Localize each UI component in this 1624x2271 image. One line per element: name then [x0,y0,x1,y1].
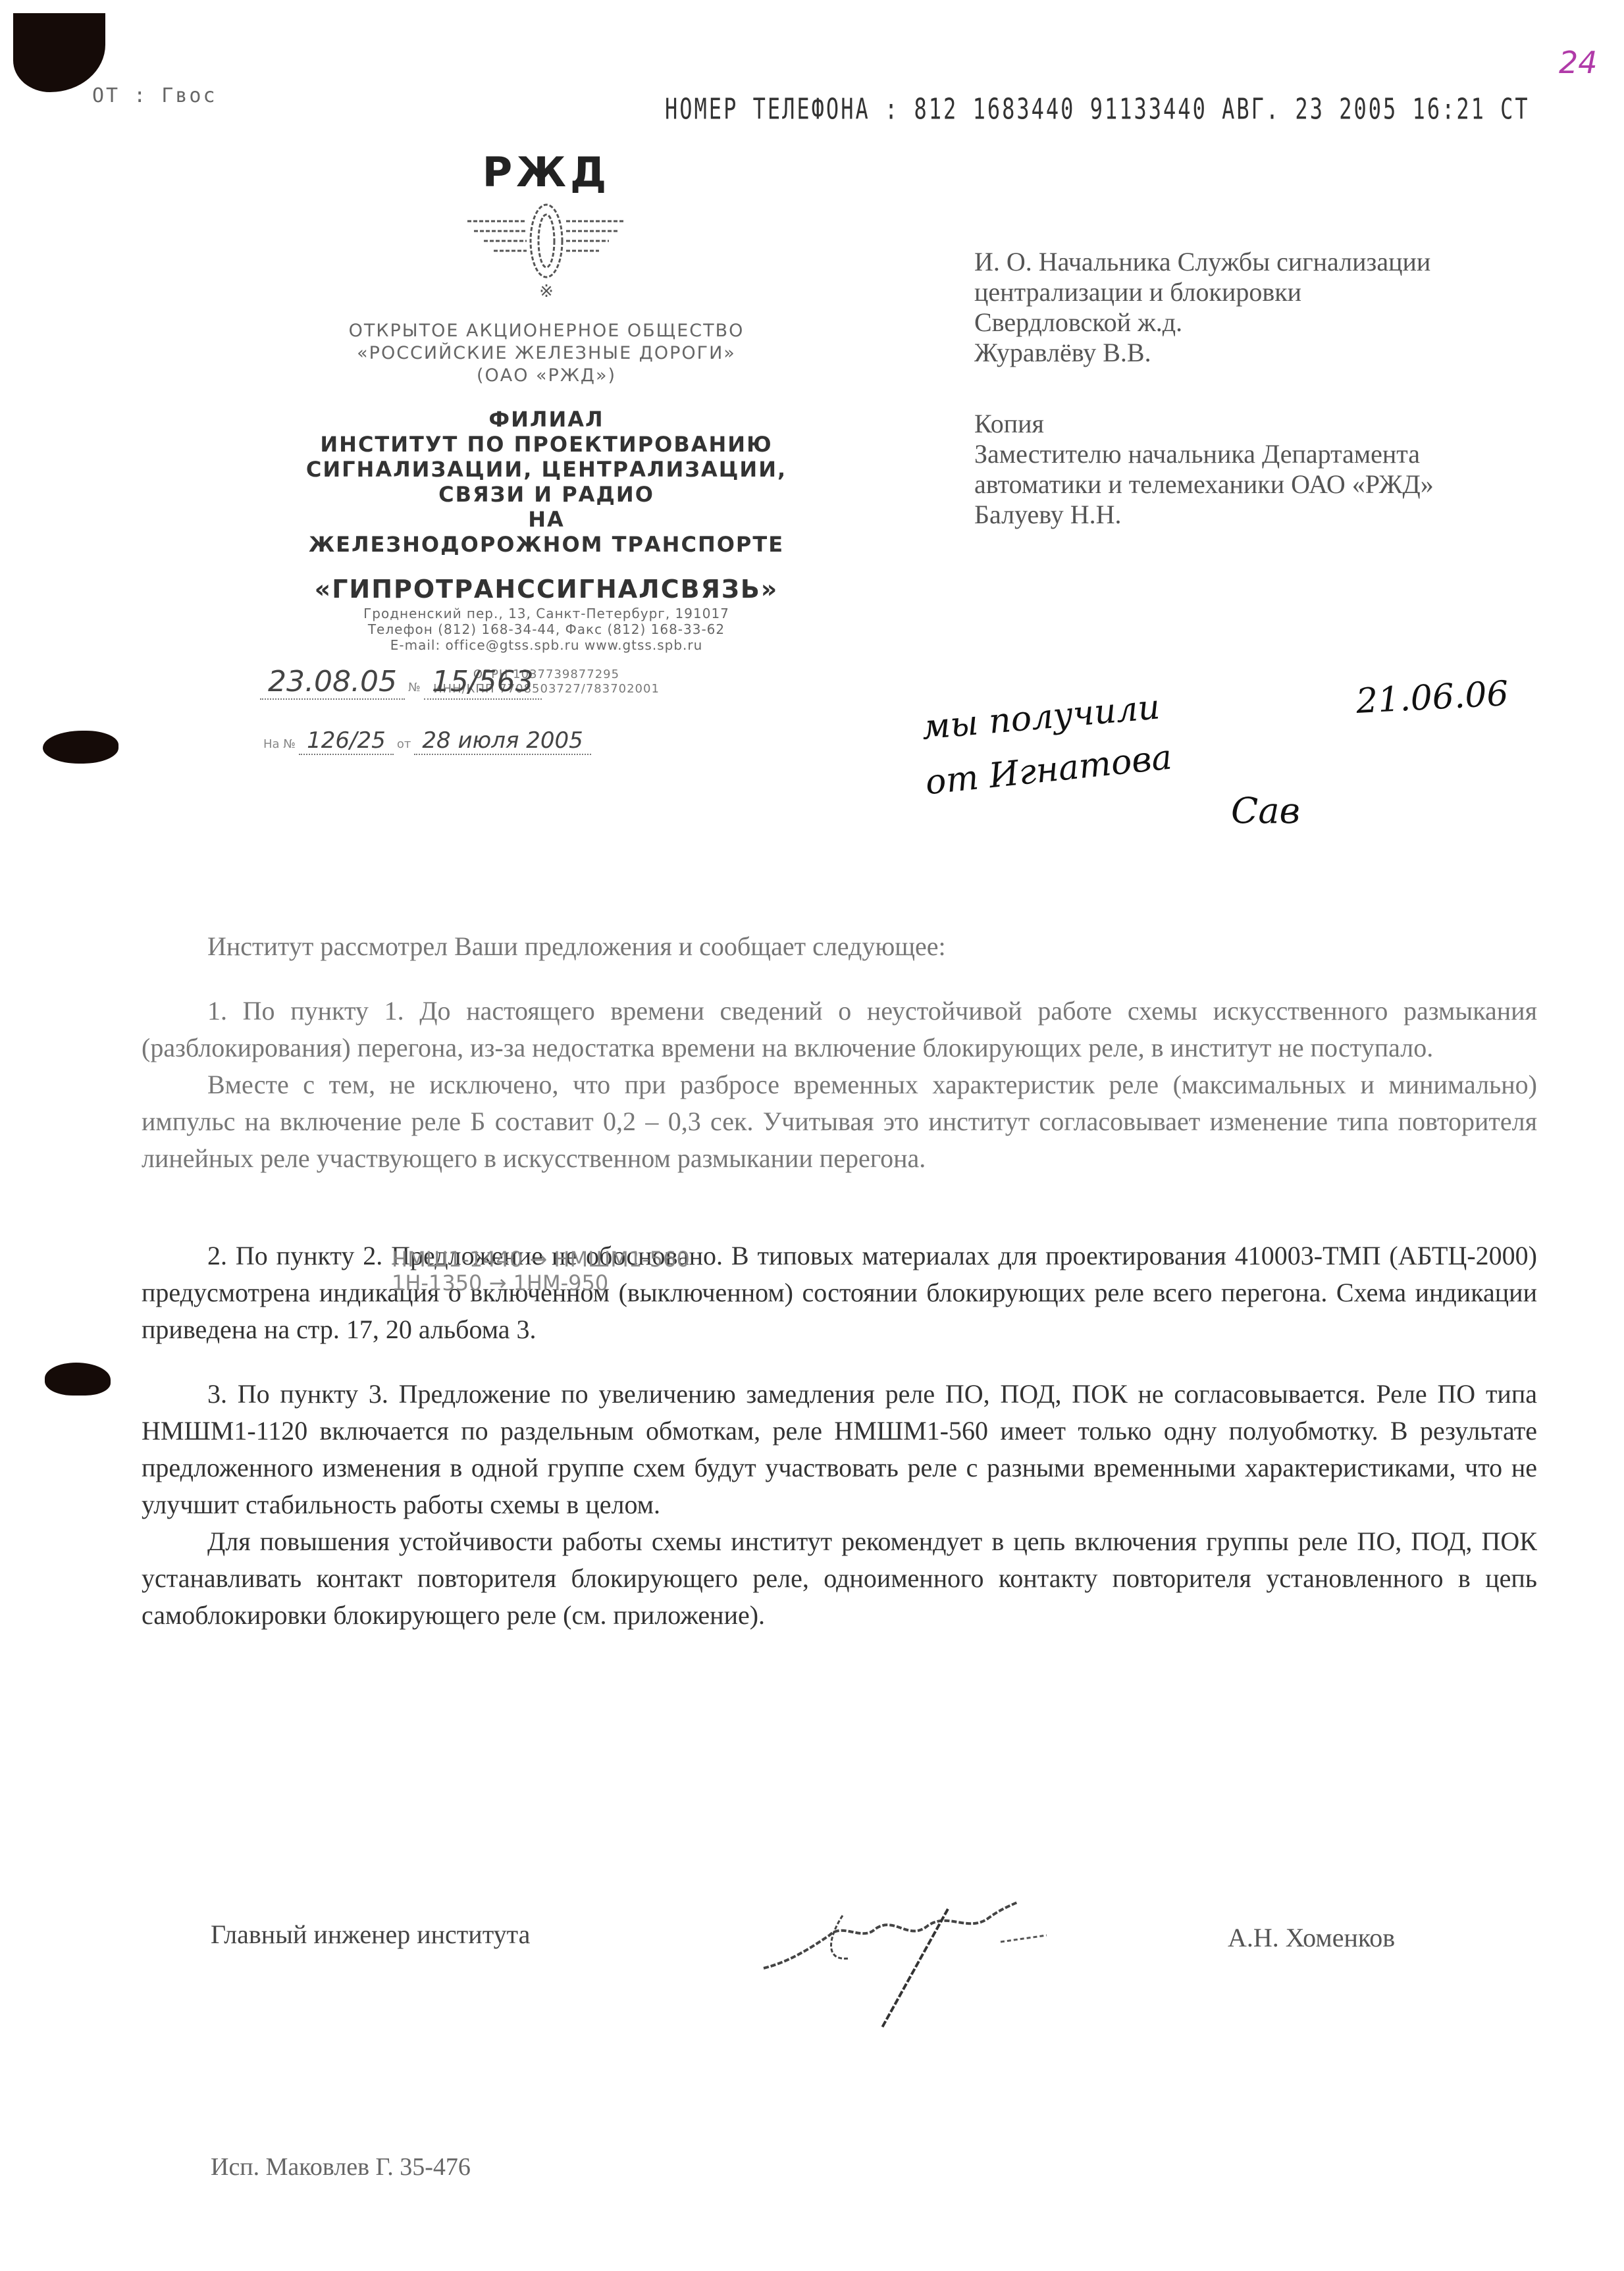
copy-line: Заместителю начальника Департамента [974,439,1567,469]
signatory-role: Главный инженер института [211,1919,530,1950]
institute-name: «ГИПРОТРАНССИГНАЛСВЯЗЬ» [224,577,869,602]
address-line: Гродненский пер., 13, Санкт-Петербург, 1… [224,606,869,621]
winged-wheel-emblem-icon: ※ [461,201,632,300]
branch-line: ФИЛИАЛ [224,407,869,432]
punch-hole-blot [43,731,118,764]
contacts: Гродненский пер., 13, Санкт-Петербург, 1… [224,606,869,653]
received-note-initials: Сав [1231,790,1300,831]
incoming-date: 28 июля 2005 [414,727,590,755]
punch-hole-blot [13,13,105,92]
branch-name: ФИЛИАЛ ИНСТИТУТ ПО ПРОЕКТИРОВАНИЮ СИГНАЛ… [224,407,869,557]
copy-line: автоматики и телемеханики ОАО «РЖД» [974,469,1567,500]
executor-line: Исп. Маковлев Г. 35-476 [211,2153,471,2181]
company-line: (ОАО «РЖД») [224,365,869,387]
incoming-label: На № [263,737,296,751]
signature-scribble [750,1896,1093,2034]
paragraph-1: 1. По пункту 1. До настоящего времени св… [142,993,1537,1066]
intro-paragraph: Институт рассмотрел Ваши предложения и с… [142,928,1537,965]
letter-body: Институт рассмотрел Ваши предложения и с… [142,928,1537,1634]
svg-text:※: ※ [539,282,554,300]
received-note-text: мы получили [920,687,1161,747]
pencil-line: НМШ1-1440 → НМШМ1-560 [392,1247,690,1271]
company-line: ОТКРЫТОЕ АКЦИОНЕРНОЕ ОБЩЕСТВО [224,320,869,342]
branch-line: ЖЕЛЕЗНОДОРОЖНОМ ТРАНСПОРТЕ [224,532,869,557]
paragraph-2: 2. По пункту 2. Предложение не обоснован… [142,1238,1537,1348]
fax-header-line: НОМЕР ТЕЛЕФОНА : 812 1683440 91133440 АВ… [665,92,1530,126]
paragraph-1b: Вместе с тем, не исключено, что при разб… [142,1066,1537,1177]
received-note-date: 21.06.06 [1355,674,1509,721]
paragraph-recommendation: Для повышения устойчивости работы схемы … [142,1523,1537,1634]
incoming-reference: На № 126/25 от 28 июля 2005 [263,727,591,754]
email-line: E-mail: office@gtss.spb.ru www.gtss.spb.… [224,637,869,653]
pencil-line: 1Н-1350 → 1НМ-950 [392,1271,690,1295]
incoming-from-label: от [397,737,411,751]
copy-line: Балуеву Н.Н. [974,500,1567,530]
addressee-block: И. О. Начальника Службы сигнализации цен… [974,247,1567,530]
pencil-annotation: НМШ1-1440 → НМШМ1-560 1Н-1350 → 1НМ-950 [392,1247,690,1295]
phone-line: Телефон (812) 168-34-44, Факс (812) 168-… [224,621,869,637]
punch-hole-blot [45,1363,111,1396]
page-number: 24 [1559,45,1598,80]
fax-sender: ОТ : Гвос [92,84,217,107]
copy-label: Копия [974,409,1567,439]
handwritten-received-note: мы получили 21.06.06 от Игнатова Сав [922,678,1547,849]
branch-line: СВЯЗИ И РАДИО [224,482,869,507]
outgoing-date: 23.08.05 [260,665,405,700]
company-name: ОТКРЫТОЕ АКЦИОНЕРНОЕ ОБЩЕСТВО «РОССИЙСКИ… [224,320,869,387]
addressee-line: Журавлёву В.В. [974,338,1567,368]
addressee-line: Свердловской ж.д. [974,307,1567,338]
company-line: «РОССИЙСКИЕ ЖЕЛЕЗНЫЕ ДОРОГИ» [224,342,869,365]
incoming-number: 126/25 [299,727,394,755]
received-note-source: от Игнатова [924,738,1174,803]
number-label: № [408,681,421,694]
signatory-name: А.Н. Хоменков [1228,1922,1395,1953]
branch-line: ИНСТИТУТ ПО ПРОЕКТИРОВАНИЮ [224,432,869,457]
addressee-line: И. О. Начальника Службы сигнализации [974,247,1567,277]
rzd-logo-text: РЖД [224,148,869,196]
paragraph-3: 3. По пункту 3. Предложение по увеличени… [142,1376,1537,1523]
addressee-line: централизации и блокировки [974,277,1567,307]
outgoing-number: 15/563 [424,665,542,700]
branch-line: НА [224,507,869,532]
letterhead: РЖД ※ ОТКРЫТОЕ АКЦИОНЕРНОЕ ОБЩЕСТВО «РОС… [224,148,869,696]
outgoing-registration: 23.08.05 № 15/563 [260,665,542,698]
branch-line: СИГНАЛИЗАЦИИ, ЦЕНТРАЛИЗАЦИИ, [224,457,869,482]
